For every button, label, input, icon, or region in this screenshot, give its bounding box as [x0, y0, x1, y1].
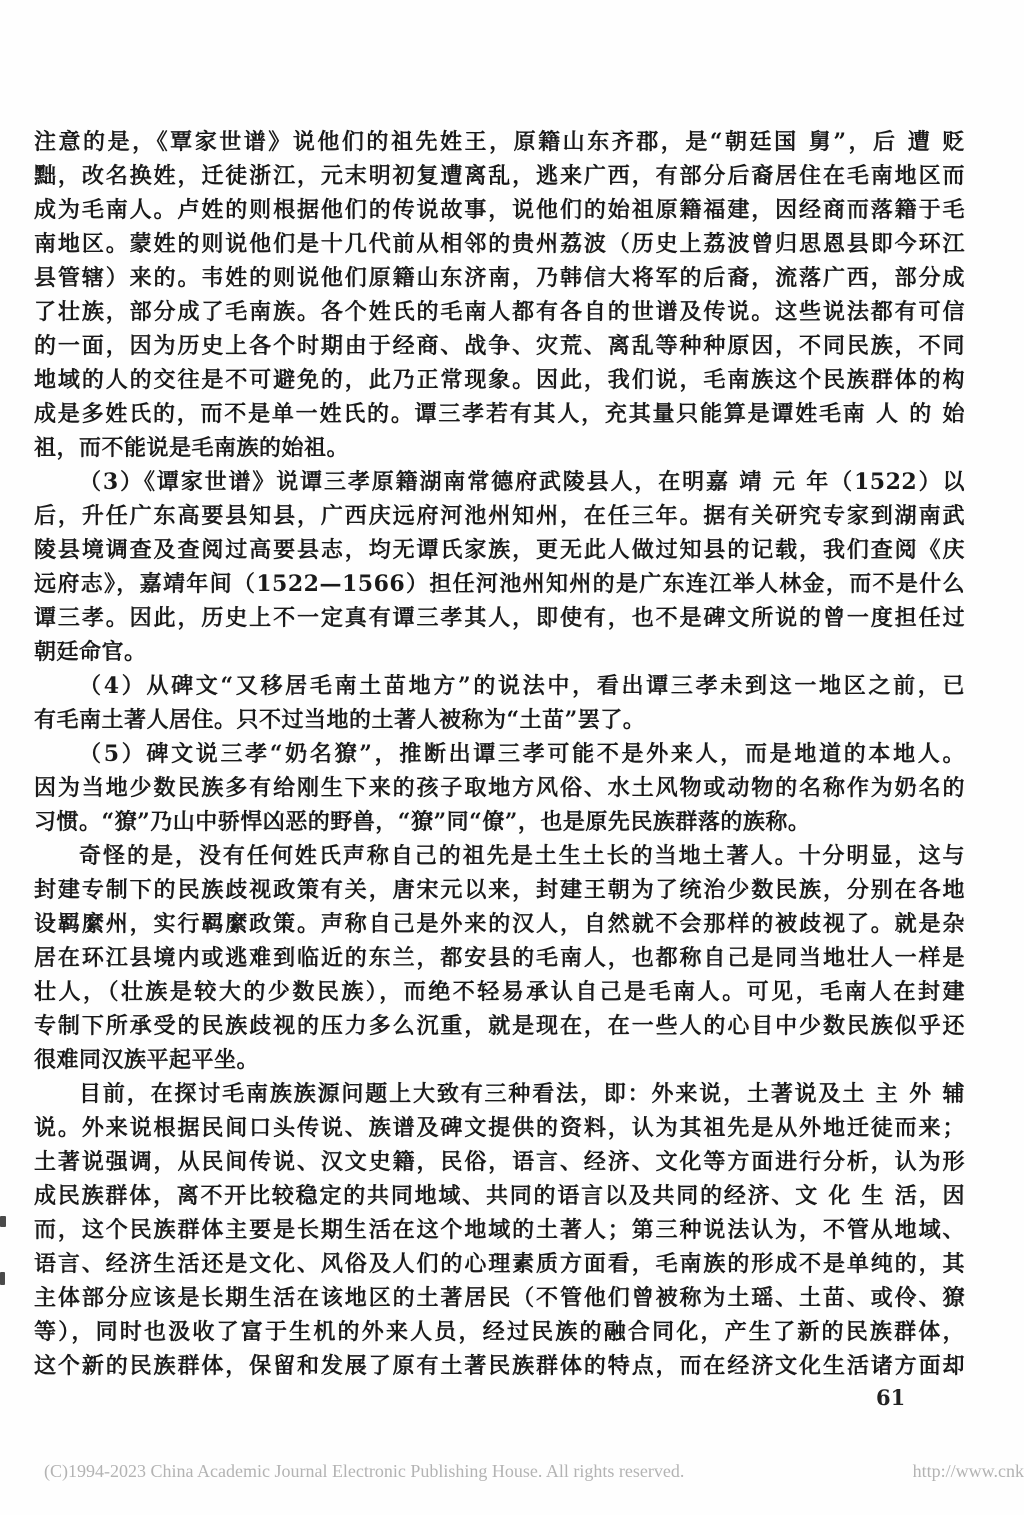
- text-line: 设羁縻州，实行羁縻政策。声称自己是外来的汉人，自然就不会那样的被歧视了。就是杂: [34, 907, 965, 941]
- text-line: 成为毛南人。卢姓的则根据他们的传说故事，说他们的始祖原籍福建，因经商而落籍于毛: [34, 193, 965, 227]
- document-body: 注意的是，《覃家世谱》说他们的祖先姓王，原籍山东齐郡，是“朝廷国 舅”，后 遭 …: [34, 125, 965, 1383]
- text-line: 祖，而不能说是毛南族的始祖。: [34, 431, 965, 465]
- page-number: 61: [876, 1385, 905, 1410]
- text-line: 注意的是，《覃家世谱》说他们的祖先姓王，原籍山东齐郡，是“朝廷国 舅”，后 遭 …: [34, 125, 965, 159]
- text-line: （5）碑文说三孝“奶名獠”，推断出谭三孝可能不是外来人，而是地道的本地人。: [34, 737, 965, 771]
- text-line: 谭三孝。因此，历史上不一定真有谭三孝其人，即使有，也不是碑文所说的曾一度担任过: [34, 601, 965, 635]
- text-line: 县管辖）来的。韦姓的则说他们原籍山东济南，乃韩信大将军的后裔，流落广西，部分成: [34, 261, 965, 295]
- text-line: 语言、经济生活还是文化、风俗及人们的心理素质方面看，毛南族的形成不是单纯的，其: [34, 1247, 965, 1281]
- text-line: 等），同时也汲收了富于生机的外来人员，经过民族的融合同化，产生了新的民族群体，: [34, 1315, 965, 1349]
- text-line: 有毛南土著人居住。只不过当地的土著人被称为“土苗”罢了。: [34, 703, 965, 737]
- text-line: 陵县境调查及查阅过高要县志，均无谭氏家族，更无此人做过知县的记载，我们查阅《庆: [34, 533, 965, 567]
- text-line: 封建专制下的民族歧视政策有关，唐宋元以来，封建王朝为了统治少数民族，分别在各地: [34, 873, 965, 907]
- text-line: 目前，在探讨毛南族族源问题上大致有三种看法，即：外来说，土著说及土 主 外 辅: [34, 1077, 965, 1111]
- footer-copyright: (C)1994-2023 China Academic Journal Elec…: [44, 1461, 684, 1482]
- text-line: 很难同汉族平起平坐。: [34, 1043, 965, 1077]
- text-line: 因为当地少数民族多有给刚生下来的孩子取地方风俗、水土风物或动物的名称作为奶名的: [34, 771, 965, 805]
- text-line: （4）从碑文“又移居毛南土苗地方”的说法中，看出谭三孝未到这一地区之前，已: [34, 669, 965, 703]
- text-line: 居在环江县境内或逃难到临近的东兰，都安县的毛南人，也都称自己是同当地壮人一样是: [34, 941, 965, 975]
- text-line: 主体部分应该是长期生活在该地区的土著居民（不管他们曾被称为土瑶、土苗、或伶、獠: [34, 1281, 965, 1315]
- text-line: （3）《谭家世谱》说谭三孝原籍湖南常德府武陵县人，在明嘉 靖 元 年（1522）…: [34, 465, 965, 499]
- text-line: 习惯。“獠”乃山中骄悍凶恶的野兽，“獠”同“僚”，也是原先民族群落的族称。: [34, 805, 965, 839]
- text-line: 成是多姓氏的，而不是单一姓氏的。谭三孝若有其人，充其量只能算是谭姓毛南 人 的 …: [34, 397, 965, 431]
- text-line: 南地区。蒙姓的则说他们是十几代前从相邻的贵州荔波（历史上荔波曾归思恩县即今环江: [34, 227, 965, 261]
- text-line: 奇怪的是，没有任何姓氏声称自己的祖先是土生土长的当地土著人。十分明显，这与: [34, 839, 965, 873]
- text-line: 而，这个民族群体主要是长期生活在这个地域的土著人；第三种说法认为，不管从地域、: [34, 1213, 965, 1247]
- footer: (C)1994-2023 China Academic Journal Elec…: [44, 1461, 1024, 1482]
- text-line: 壮人，（壮族是较大的少数民族），而绝不轻易承认自己是毛南人。可见，毛南人在封建: [34, 975, 965, 1009]
- text-line: 后，升任广东高要县知县，广西庆远府河池州知州，在任三年。据有关研究专家到湖南武: [34, 499, 965, 533]
- text-line: 黜，改名换姓，迁徒浙江，元末明初复遭离乱，逃来广西，有部分后裔居住在毛南地区而: [34, 159, 965, 193]
- text-line: 朝廷命官。: [34, 635, 965, 669]
- text-line: 土著说强调，从民间传说、汉文史籍，民俗，语言、经济、文化等方面进行分析，认为形: [34, 1145, 965, 1179]
- text-line: 这个新的民族群体，保留和发展了原有土著民族群体的特点，而在经济文化生活诸方面却: [34, 1349, 965, 1383]
- text-line: 了壮族，部分成了毛南族。各个姓氏的毛南人都有各自的世谱及传说。这些说法都有可信: [34, 295, 965, 329]
- scan-speck: [0, 1272, 5, 1285]
- text-line: 说。外来说根据民间口头传说、族谱及碑文提供的资料，认为其祖先是从外地迁徒而来；: [34, 1111, 965, 1145]
- scan-speck: [0, 1216, 6, 1227]
- text-line: 远府志》，嘉靖年间（1522—1566）担任河池州知州的是广东连江举人林金，而不…: [34, 567, 965, 601]
- text-line: 地域的人的交往是不可避免的，此乃正常现象。因此，我们说，毛南族这个民族群体的构: [34, 363, 965, 397]
- text-line: 专制下所承受的民族歧视的压力多么沉重，就是现在，在一些人的心目中少数民族似乎还: [34, 1009, 965, 1043]
- text-line: 成民族群体，离不开比较稳定的共同地域、共同的语言以及共同的经济、文 化 生 活，…: [34, 1179, 965, 1213]
- footer-url: http://www.cnk: [913, 1461, 1024, 1482]
- text-line: 的一面，因为历史上各个时期由于经商、战争、灾荒、离乱等种种原因，不同民族，不同: [34, 329, 965, 363]
